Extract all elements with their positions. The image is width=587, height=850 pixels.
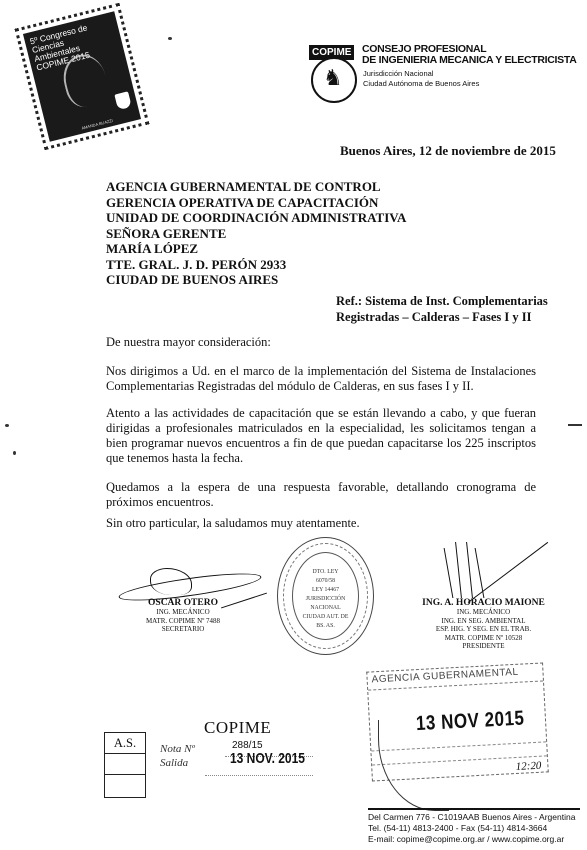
addressee-line: CIUDAD DE BUENOS AIRES <box>106 272 406 288</box>
signatory-name: OSCAR OTERO <box>94 598 272 608</box>
reference-text: Ref.: Sistema de Inst. Complementarias <box>336 293 548 309</box>
signature-scribble <box>150 568 192 595</box>
closing: Sin otro particular, la saludamos muy at… <box>106 516 536 531</box>
salida-date: 13 NOV. 2015 <box>230 749 305 767</box>
stamp-credit: AMANDA BUAZZI <box>81 118 113 131</box>
footer-email-web: E-mail: copime@copime.org.ar / www.copim… <box>368 834 575 845</box>
outgoing-labels: Nota Nº Salida <box>160 742 195 770</box>
signatory-title: MATR. COPIME Nº 10528 <box>406 634 561 643</box>
seal-line: LEY 14467 <box>278 586 373 595</box>
signatory-title: SECRETARIO <box>94 625 272 634</box>
signatory-title: ING. EN SEG. AMBIENTAL <box>406 617 561 626</box>
seal-text: DTO. LEY 6070/58 LEY 14467 JURISDICCIÓN … <box>278 568 373 631</box>
copime-shield-icon <box>114 91 131 110</box>
organization-jurisdiction: Jurisdicción Nacional Ciudad Autónoma de… <box>363 69 479 89</box>
salida-underline <box>205 775 313 776</box>
logo-circle: ♞ <box>311 57 357 103</box>
signature-block-president: ING. A. HORACIO MAIONE ING. MECÁNICO ING… <box>406 598 561 651</box>
addressee-line: AGENCIA GUBERNAMENTAL DE CONTROL <box>106 179 406 195</box>
signatory-title: ING. MECÁNICO <box>94 608 272 617</box>
salutation: De nuestra mayor consideración: <box>106 335 536 350</box>
seal-line: BS. AS. <box>278 622 373 631</box>
receipt-handwritten-time: 12:20 <box>515 760 541 773</box>
receipt-signature-stroke <box>378 720 449 811</box>
footer-address: Del Carmen 776 - C1019AAB Buenos Aires -… <box>368 812 575 823</box>
as-box: A.S. <box>104 732 146 798</box>
seal-line: NACIONAL <box>278 604 373 613</box>
seal-line: CIUDAD AUT. DE <box>278 613 373 622</box>
congress-postage-stamp: 5º Congreso de Ciencias Ambientales COPI… <box>14 3 149 150</box>
speck <box>5 424 9 427</box>
gryphon-icon: ♞ <box>323 67 343 89</box>
body-paragraph: Atento a las actividades de capacitación… <box>106 406 536 466</box>
signatory-title: PRESIDENTE <box>406 642 561 651</box>
signatory-title: MATR. COPIME Nº 7488 <box>94 617 272 626</box>
footer-contact: Del Carmen 776 - C1019AAB Buenos Aires -… <box>368 812 575 845</box>
addressee-block: AGENCIA GUBERNAMENTAL DE CONTROL GERENCI… <box>106 179 406 288</box>
seal-line: JURISDICCIÓN <box>278 595 373 604</box>
signatory-name: ING. A. HORACIO MAIONE <box>406 598 561 608</box>
margin-mark <box>568 424 582 426</box>
as-cell-empty <box>105 754 145 775</box>
reference-text: Registradas – Calderas – Fases I y II <box>336 309 548 325</box>
addressee-line: MARÍA LÓPEZ <box>106 241 406 257</box>
stamp-image: 5º Congreso de Ciencias Ambientales COPI… <box>23 11 141 141</box>
seal-line: DTO. LEY <box>278 568 373 577</box>
nota-label: Nota Nº <box>160 742 195 756</box>
organization-name: CONSEJO PROFESIONAL DE INGENIERIA MECANI… <box>362 44 576 66</box>
addressee-line: TTE. GRAL. J. D. PERÓN 2933 <box>106 257 406 273</box>
jurisdiction-line: Jurisdicción Nacional <box>363 69 479 79</box>
footer-rule <box>368 808 580 810</box>
signatory-title: ESP. HIG. Y SEG. EN EL TRAB. <box>406 625 561 634</box>
signature-block-secretary: OSCAR OTERO ING. MECÁNICO MATR. COPIME N… <box>94 598 272 634</box>
body-paragraph: Nos dirigimos a Ud. en el marco de la im… <box>106 364 536 394</box>
as-cell-empty <box>105 775 145 795</box>
seal-line: 6070/58 <box>278 577 373 586</box>
speck <box>168 37 172 40</box>
as-label: A.S. <box>105 733 145 754</box>
outgoing-org: COPIME <box>204 718 271 738</box>
footer-phone: Tel. (54-11) 4813-2400 - Fax (54-11) 481… <box>368 823 575 834</box>
copime-logo: COPIME ♞ <box>309 42 361 100</box>
reference-line: Ref.: Sistema de Inst. Complementarias R… <box>336 293 548 325</box>
addressee-line: UNIDAD DE COORDINACIÓN ADMINISTRATIVA <box>106 210 406 226</box>
addressee-line: GERENCIA OPERATIVA DE CAPACITACIÓN <box>106 195 406 211</box>
letter-date: Buenos Aires, 12 de noviembre de 2015 <box>340 143 556 159</box>
addressee-line: SEÑORA GERENTE <box>106 226 406 242</box>
speck <box>13 451 16 455</box>
jurisdiction-line: Ciudad Autónoma de Buenos Aires <box>363 79 479 89</box>
signatory-title: ING. MECÁNICO <box>406 608 561 617</box>
salida-label: Salida <box>160 756 195 770</box>
org-line: DE INGENIERIA MECANICA Y ELECTRICISTA <box>362 55 576 66</box>
official-seal: DTO. LEY 6070/58 LEY 14467 JURISDICCIÓN … <box>277 537 374 655</box>
body-paragraph: Quedamos a la espera de una respuesta fa… <box>106 480 536 510</box>
